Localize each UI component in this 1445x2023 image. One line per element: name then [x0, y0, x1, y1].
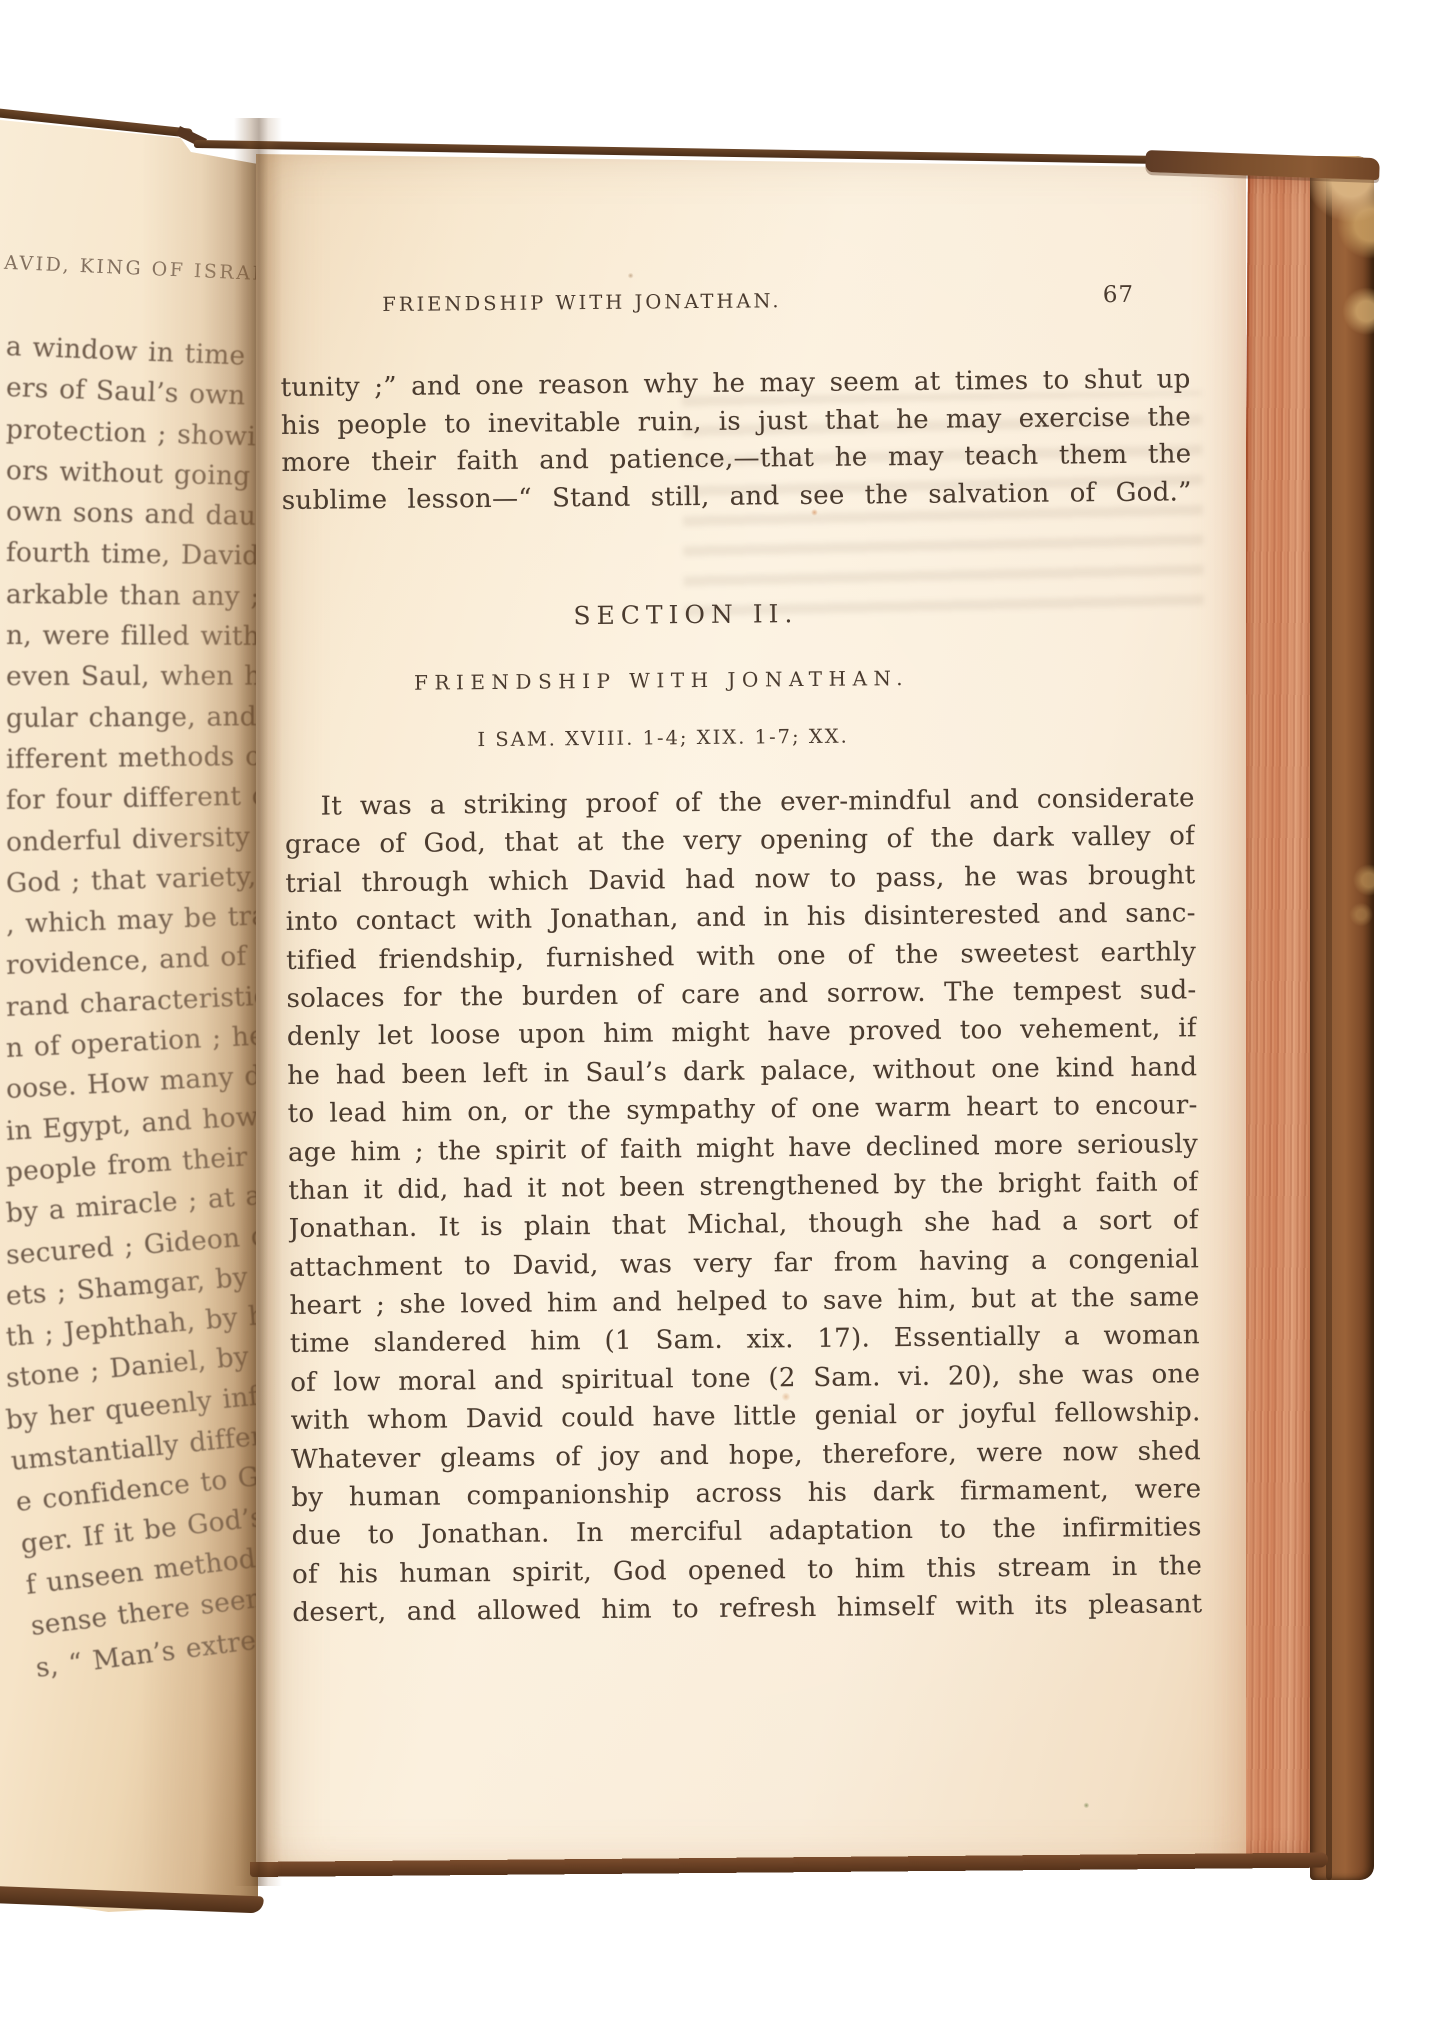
- page-number: 67: [1103, 282, 1135, 308]
- section-heading: SECTION II.: [254, 596, 1118, 633]
- right-page: FRIENDSHIP WITH JONATHAN. 67 tunity ;” a…: [256, 138, 1246, 1874]
- section-subheading: FRIENDSHIP WITH JONATHAN.: [254, 664, 1068, 696]
- right-page-content: FRIENDSHIP WITH JONATHAN. 67 tunity ;” a…: [249, 133, 1256, 1878]
- right-running-header: FRIENDSHIP WITH JONATHAN.: [251, 288, 913, 317]
- book-cover-right: [1310, 156, 1374, 1880]
- foxing-spot: [1083, 1802, 1089, 1808]
- left-running-header: AVID, KING OF ISRAEL.: [4, 252, 293, 287]
- foxing-spot: [781, 1392, 790, 1401]
- opening-paragraph: tunity ;” and one reason why he may seem…: [281, 361, 1192, 520]
- left-page: AVID, KING OF ISRAEL. a window in time t…: [0, 112, 258, 1912]
- foxing-spot: [811, 509, 818, 516]
- book-photo: AVID, KING OF ISRAEL. a window in time t…: [0, 0, 1445, 2023]
- section-scripture-reference: I SAM. XVIII. 1-4; XIX. 1-7; XX.: [255, 722, 1071, 753]
- main-paragraph: It was a striking proof of the ever-mind…: [285, 779, 1203, 1632]
- body-text-line: desert, and allowed him to refresh himse…: [292, 1585, 1202, 1632]
- foxing-spot: [628, 273, 634, 279]
